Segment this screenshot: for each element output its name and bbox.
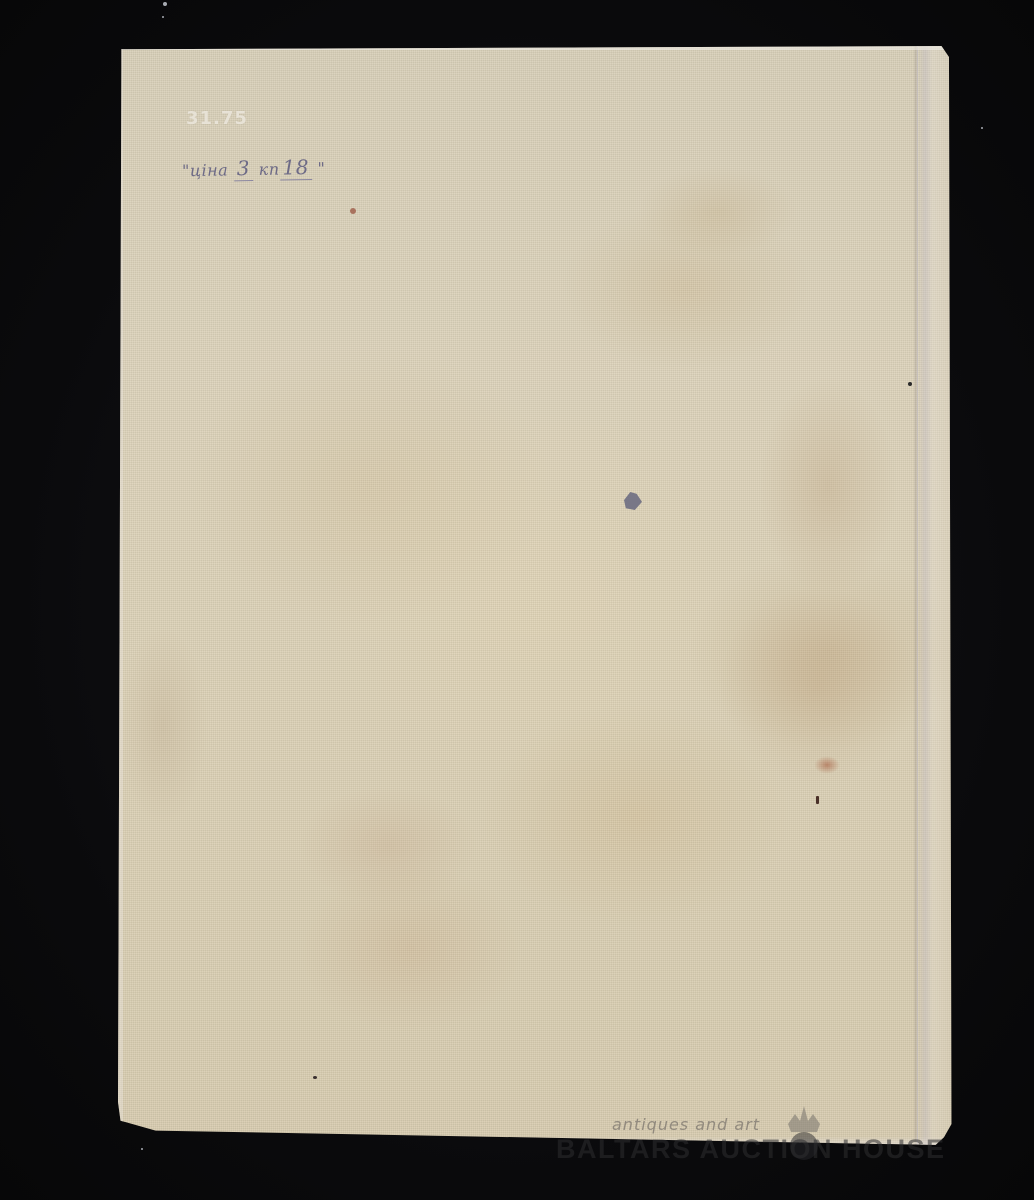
dust-speck: [163, 2, 167, 6]
embossed-stamp-number: 31.75: [186, 108, 248, 129]
price-value-2: 18: [279, 155, 312, 181]
dust-speck: [162, 16, 164, 18]
book-back-cover: 31.75 "цінa 3 кп18 ": [118, 46, 954, 1146]
rust-stain: [350, 208, 356, 214]
stain: [298, 786, 478, 906]
price-suffix: ": [317, 159, 325, 178]
ink-mark: [313, 1076, 317, 1079]
price-value-1: 3: [234, 156, 254, 181]
stain: [638, 166, 798, 256]
price-prefix: "цінa: [182, 160, 229, 180]
dust-speck: [141, 1148, 143, 1150]
watermark-name: BALTARS AUCTION HOUSE: [556, 1134, 946, 1165]
watermark-tagline: antiques and art: [612, 1115, 760, 1134]
stain: [718, 586, 918, 786]
price-mid: кп: [259, 160, 280, 179]
handwritten-price-note: "цінa 3 кп18 ": [182, 155, 326, 181]
ink-mark: [908, 382, 912, 386]
dust-speck: [981, 127, 983, 129]
ink-mark: [816, 796, 819, 804]
stain: [118, 626, 208, 826]
cover-hole: [624, 492, 642, 510]
stain: [758, 376, 898, 596]
book-spine: [917, 46, 954, 1146]
rust-stain: [814, 756, 840, 774]
